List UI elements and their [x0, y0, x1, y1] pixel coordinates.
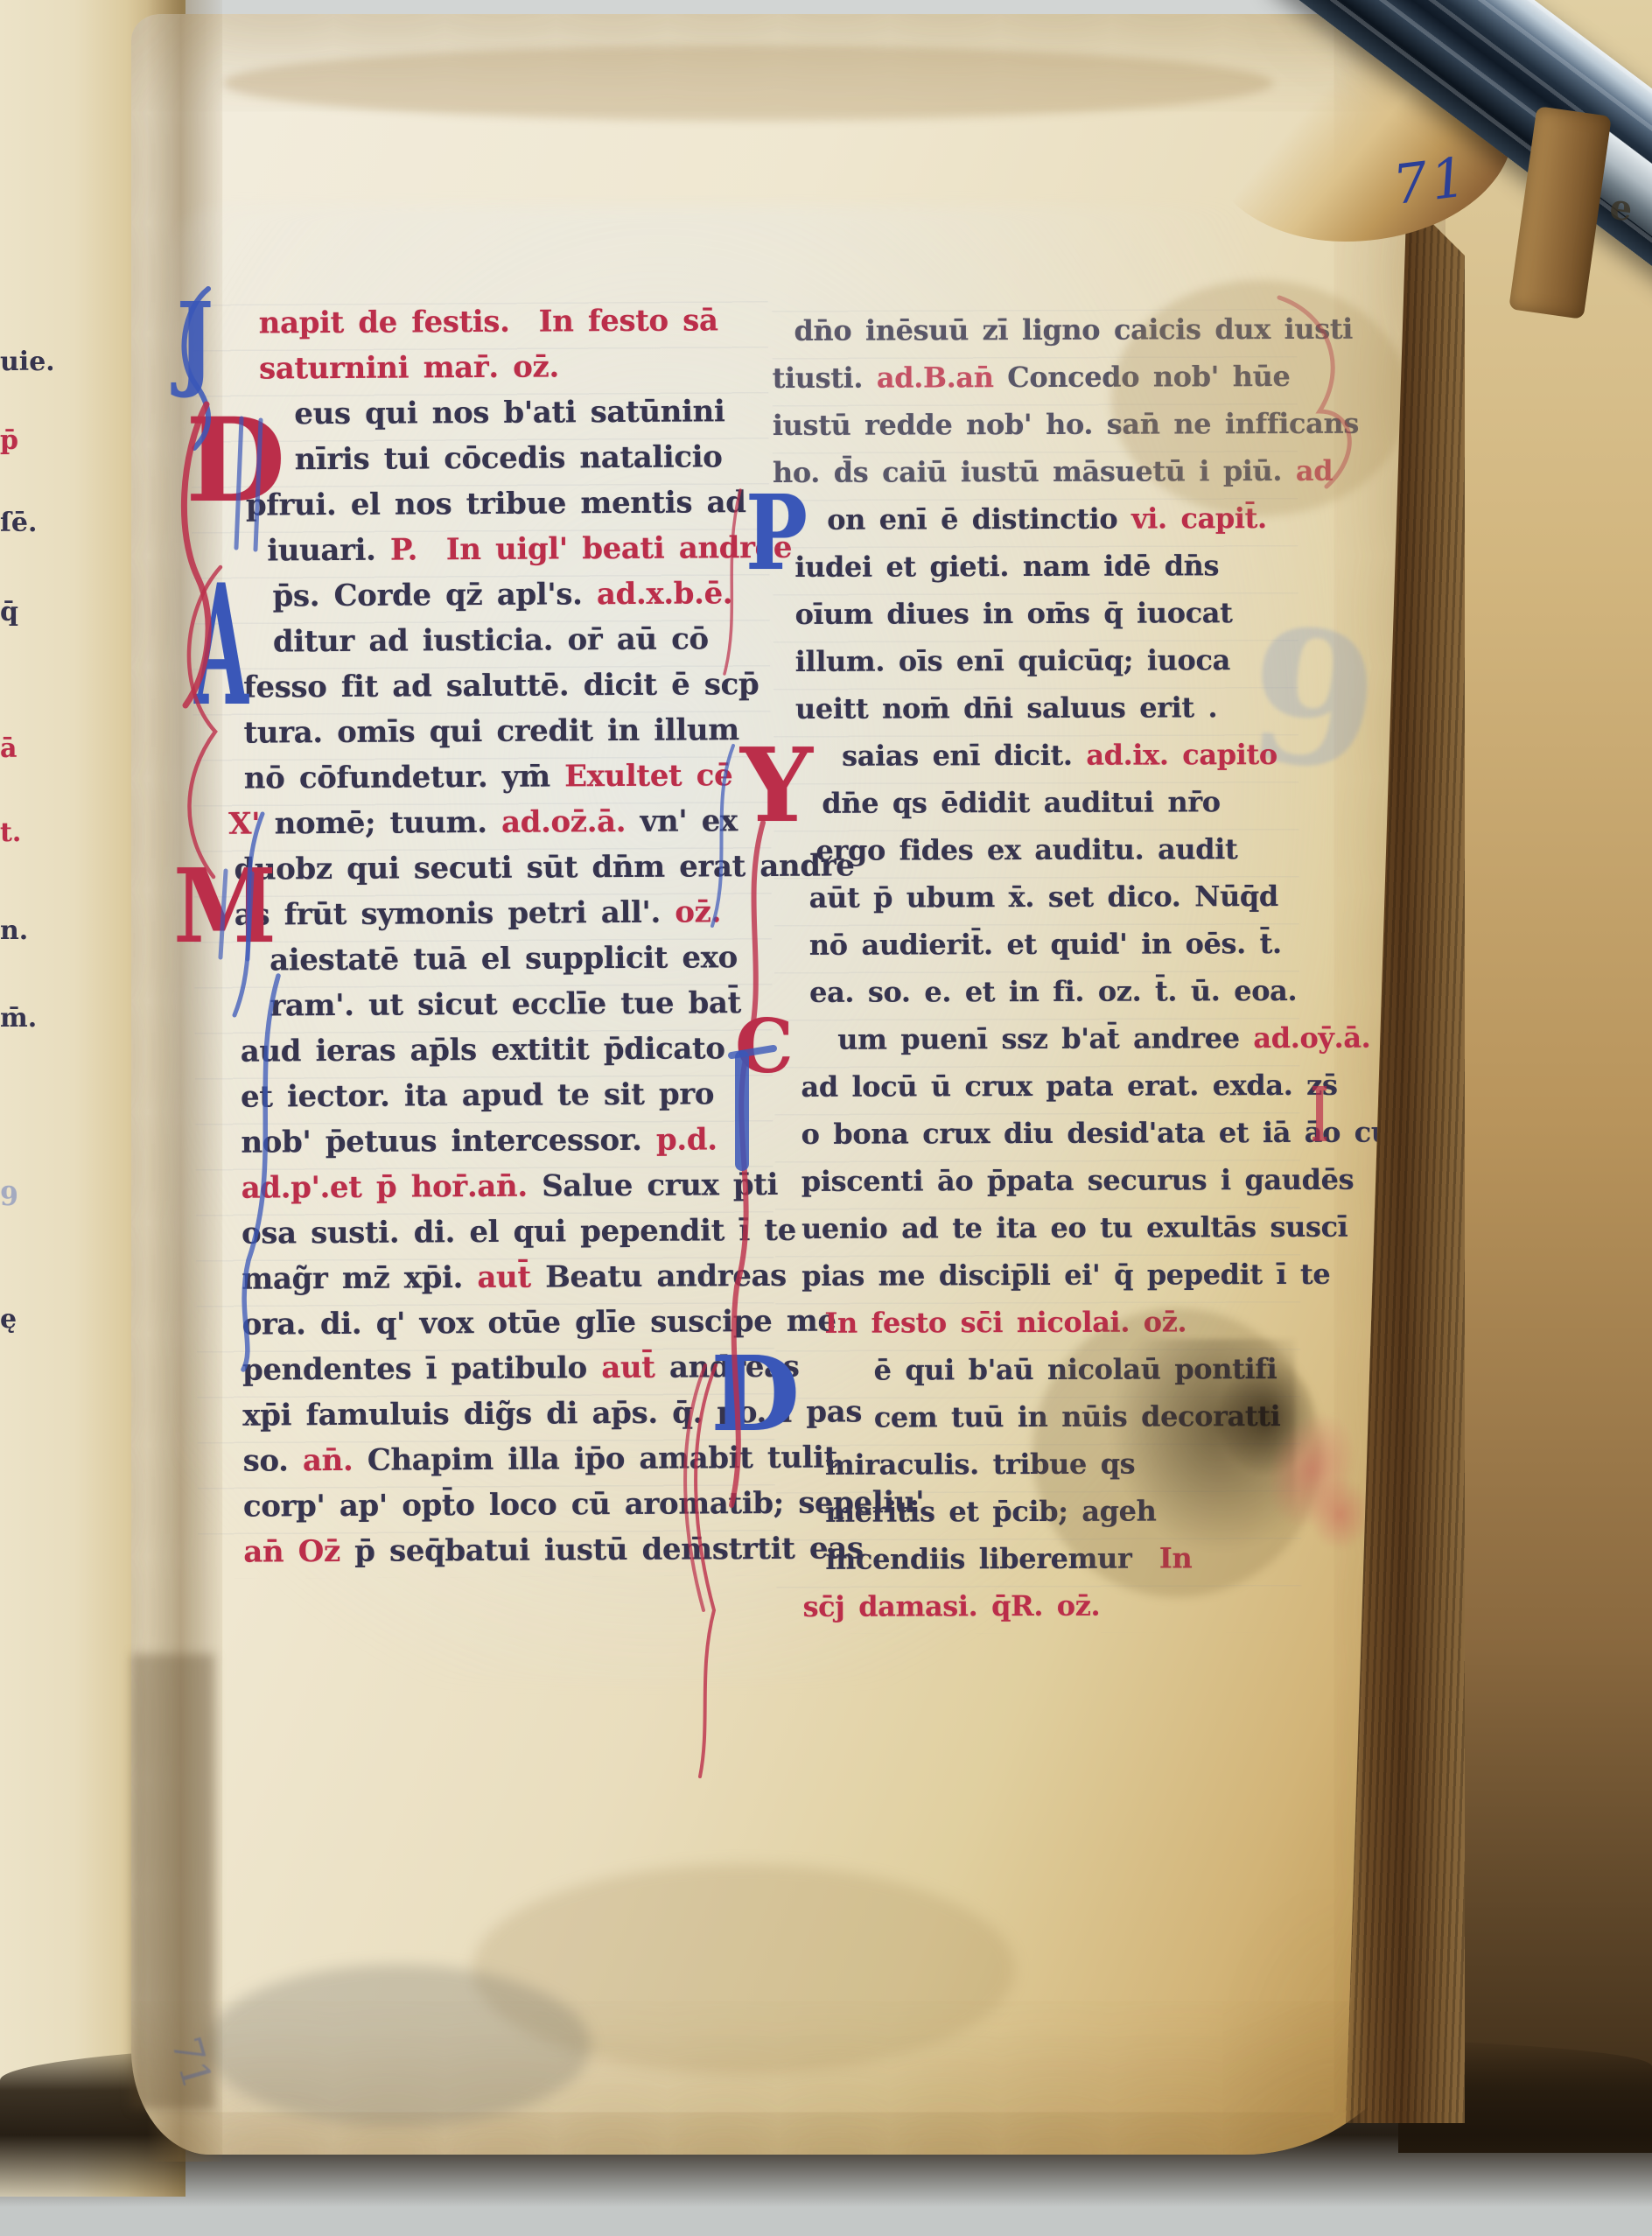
- text-run: as frūt symonis petri all'.: [234, 895, 675, 933]
- text-line: saias enī dicit. ad.ix. capito: [773, 734, 1298, 783]
- text-line: so. an̄. Chapim illa ip̄o amabit tulit: [198, 1439, 775, 1488]
- text-run: ram'. ut sicut ecclīe tue bat̄: [269, 985, 741, 1023]
- text-run: aut̄: [477, 1260, 545, 1295]
- text-run: p̄s. Corde qz̄ apl's.: [272, 577, 597, 613]
- text-line: iudei et gieti. nam idē dn̄s: [773, 545, 1298, 594]
- text-line: et iector. ita apud te sit pro: [195, 1075, 773, 1124]
- text-run: et iector. ita apud te sit pro: [241, 1076, 714, 1114]
- text-run: ad.p'.et p̄ hor̄.an̄.: [241, 1169, 542, 1206]
- text-run: ueitt nom̄ dn̄i saluus erit .: [795, 690, 1217, 725]
- text-run: ad locū ū crux pata erat. exda. zs̄: [801, 1069, 1337, 1104]
- edge-text-fragment: n.: [0, 915, 52, 946]
- text-line: osa susti. di. el qui pependit ī te: [196, 1211, 773, 1260]
- edge-text-fragment: uie.: [0, 347, 52, 377]
- text-run: sc̄j damasi. q̄R. oz̄.: [802, 1589, 1100, 1623]
- text-run: iudei et gieti. nam idē dn̄s: [794, 549, 1219, 584]
- text-run: Salue crux p̄ti: [542, 1167, 778, 1204]
- text-run: so.: [243, 1443, 304, 1478]
- text-line: ad.p'.et p̄ hor̄.an̄. Salue crux p̄ti: [196, 1166, 773, 1215]
- text-run: on enī ē distinctio: [827, 502, 1131, 536]
- text-run: iuuari.: [267, 533, 390, 569]
- text-line: ad locū ū crux pata erat. exda. zs̄: [774, 1065, 1299, 1114]
- text-run: ea. so. e. et in fi. oz. t̄. ū. eoa.: [809, 974, 1297, 1009]
- text-run: nō cōfundetur. ym̄: [244, 759, 565, 796]
- text-line: iuuari. P. In uigl' beati andree: [192, 529, 769, 578]
- red-margin-mark: I: [1311, 1071, 1328, 1160]
- text-line: pendentes ī patibulo aut̄ andreas: [197, 1348, 774, 1397]
- text-line: ergo fides ex auditu. audit: [773, 829, 1298, 878]
- initial-y-ysaias: Y: [740, 740, 813, 831]
- text-run: duobz qui secuti sūt dn̄m erat andre: [234, 848, 854, 887]
- text-run: tura. omīs qui credit in illum: [243, 712, 738, 750]
- text-line: ora. di. q' vox otūe glīe suscipe me: [197, 1302, 774, 1351]
- text-line: X' nomē; tuum. ad.oz̄.ā. vn' ex: [193, 802, 771, 851]
- text-line: uenio ad te ita eo tu exultās suscī: [775, 1207, 1300, 1256]
- text-run: nob' p̄etuus intercessor.: [241, 1123, 656, 1160]
- edge-text-fragment: t.: [0, 817, 52, 848]
- text-line: um puenī ssz b'at̄ andree ad.oȳ.ā.: [774, 1018, 1299, 1067]
- initial-d-deus: D: [185, 410, 285, 514]
- text-line: ueitt nom̄ dn̄i saluus erit .: [773, 687, 1298, 736]
- edge-text-fragment: ā: [0, 733, 52, 764]
- text-line: nō cōfundetur. ym̄ Exultet cē: [193, 756, 771, 805]
- text-run: aut̄: [601, 1350, 669, 1385]
- text-run: oz̄.: [675, 894, 721, 929]
- folio-number: 71: [1389, 144, 1473, 217]
- text-line: p̄s. Corde qz̄ apl's. ad.x.b.ē.: [192, 574, 769, 623]
- edge-text-fragment: ę: [0, 1304, 52, 1335]
- text-line: aud ieras ap̄ls extitit p̄dicato: [195, 1029, 773, 1078]
- text-line: oīum diues in om̄s q̄ iuocat: [773, 592, 1298, 641]
- text-run: oīum diues in om̄s q̄ iuocat: [795, 596, 1233, 631]
- text-run: dn̄e qs ēdidit auditui nr̄o: [822, 785, 1221, 820]
- text-line: piscenti āo p̄pata securus i gaudēs: [775, 1160, 1300, 1209]
- text-line: fesso fit ad saluttē. dicit ē scp̄: [192, 665, 770, 714]
- text-line: illum. oīs enī quicūq; iuoca: [773, 640, 1298, 689]
- text-run: X': [228, 806, 275, 841]
- initial-a-vigilia: A: [194, 571, 248, 720]
- text-line: tura. omīs qui credit in illum: [192, 711, 770, 760]
- text-run: ergo fides ex auditu. audit: [815, 832, 1237, 867]
- text-run: an̄ Oz̄: [243, 1534, 354, 1570]
- text-run: nomē; tuum.: [275, 805, 502, 842]
- text-run: ad.oz̄.ā.: [501, 804, 640, 840]
- red-pigment-smudge: [1309, 1477, 1370, 1551]
- text-run: uenio ad te ita eo tu exultās suscī: [801, 1210, 1348, 1245]
- text-run: pias me discip̄li ei' q̄ pepedit ī te: [801, 1258, 1330, 1293]
- text-line: ram'. ut sicut ecclīe tue bat̄: [194, 984, 772, 1033]
- text-run: aūt p̄ ubum x̄. set dico. Nūq̄d: [809, 880, 1278, 915]
- text-run: mag̃r mz̄ xp̄i.: [241, 1260, 477, 1297]
- text-run: Beatu andreas: [545, 1258, 787, 1295]
- stain-top: [223, 46, 1273, 121]
- text-line: aūt p̄ ubum x̄. set dico. Nūq̄d: [774, 876, 1299, 925]
- text-run: nō audierit̄. et quid' in oēs. t̄.: [809, 927, 1282, 962]
- text-line: nob' p̄etuus intercessor. p.d.: [195, 1120, 773, 1169]
- text-run: p.d.: [656, 1122, 717, 1157]
- initial-m-maiestatem: M: [173, 861, 276, 952]
- text-run: tiusti.: [773, 361, 877, 395]
- stain-right-top: [1111, 280, 1409, 516]
- initial-d-nicolai: D: [710, 1348, 800, 1440]
- text-run: nīris tui cōcedis natalicio: [295, 439, 723, 477]
- text-line: corp' ap' opt̄o loco cū aromatib; sepeli…: [198, 1484, 775, 1533]
- text-line: sc̄j damasi. q̄R. oz̄.: [776, 1585, 1301, 1634]
- initial-p: P: [745, 487, 808, 579]
- text-run: pendentes ī patibulo: [242, 1350, 602, 1388]
- text-run: pfrui. el nos tribue mentis ad: [246, 485, 746, 522]
- text-line: ea. so. e. et in fi. oz. t̄. ū. eoa.: [774, 971, 1299, 1020]
- text-run: ad.ix. capito: [1086, 738, 1277, 772]
- text-run: aud ieras ap̄ls extitit p̄dicato: [241, 1031, 725, 1069]
- text-run: ad.oȳ.ā.: [1253, 1021, 1370, 1055]
- manuscript-photo: uie. p̄ ſē. q̄ ā t. n. m̄. 9 ę 9 napit d…: [0, 0, 1652, 2236]
- text-run: o bona crux diu desid'ata et iā āo cu: [801, 1116, 1391, 1151]
- text-line: an̄ Oz̄ p̄ seq̄batui iustū dem̄strtit ea…: [198, 1530, 775, 1579]
- text-run: piscenti āo p̄pata securus i gaudēs: [801, 1163, 1354, 1198]
- edge-text-fragment: 9: [0, 1181, 52, 1212]
- edge-text-fragment: m̄.: [0, 1003, 52, 1034]
- initial-i-incipit: J: [177, 294, 213, 387]
- text-run: vn' ex: [640, 803, 737, 839]
- text-line: mag̃r mz̄ xp̄i. aut̄ Beatu andreas: [196, 1257, 773, 1306]
- text-line: o bona crux diu desid'ata et iā āo cu: [775, 1112, 1300, 1161]
- text-run: saturnini mar̄. oz̄.: [259, 349, 559, 386]
- text-line: as frūt symonis petri all'. oz̄.: [194, 893, 772, 942]
- text-run: P. In uigl' beati andree: [390, 530, 792, 568]
- edge-text-fragment: q̄: [0, 597, 52, 627]
- text-line: saturnini mar̄. oz̄.: [191, 347, 768, 396]
- text-run: ad.x.b.ē.: [597, 576, 732, 612]
- text-run: Exultet cē: [564, 758, 732, 794]
- text-line: duobz qui secuti sūt dn̄m erat andre: [193, 847, 771, 896]
- text-run: illum. oīs enī quicūq; iuoca: [795, 643, 1230, 678]
- text-run: eus qui nos b'ati satūnini: [294, 394, 724, 431]
- text-line: dn̄e qs ēdidit auditui nr̄o: [773, 782, 1298, 831]
- text-run: napit de festis. In festo sā: [259, 303, 718, 340]
- text-run: ad.B.an̄: [877, 361, 1008, 395]
- edge-text-fragment: ſē.: [0, 508, 52, 538]
- text-run: an̄.: [303, 1443, 367, 1478]
- text-line: napit de festis. In festo sā: [191, 301, 768, 350]
- text-line: nō audierit̄. et quid' in oēs. t̄.: [774, 923, 1299, 972]
- text-run: osa susti. di. el qui pependit ī te: [241, 1213, 796, 1251]
- text-run: ditur ad iusticia. or̄ aū cō: [273, 621, 709, 659]
- edge-text-fragment: p̄: [0, 425, 52, 456]
- text-run: aiestatē tuā el supplicit exo: [269, 940, 738, 978]
- text-run: saias enī dicit.: [842, 739, 1086, 773]
- text-run: fesso fit ad saluttē. dicit ē scp̄: [243, 667, 759, 705]
- stain-bottom-left: [206, 1965, 591, 2127]
- text-line: xp̄i famuluis dig̃s di ap̄s. q̄. po. ī p…: [197, 1393, 774, 1442]
- initial-c-cum: C: [735, 1013, 794, 1080]
- text-line: aiestatē tuā el supplicit exo: [194, 938, 772, 987]
- text-line: pias me discip̄li ei' q̄ pepedit ī te: [775, 1254, 1300, 1303]
- text-line: ditur ad iusticia. or̄ aū cō: [192, 620, 770, 669]
- text-run: um puenī ssz b'at̄ andree: [837, 1021, 1253, 1056]
